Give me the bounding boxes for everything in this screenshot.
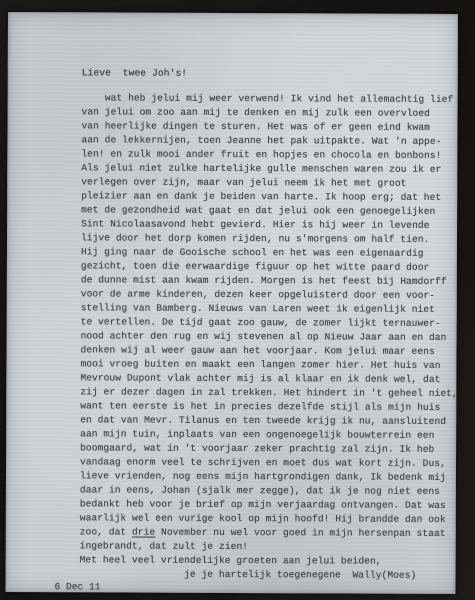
underlined-word: drie: [132, 527, 155, 538]
letter-body: wat heb jelui mij weer verwend! Ik vind …: [80, 91, 460, 583]
letter-line: je je hartelijk toegenegene Wally(Moes): [80, 567, 458, 583]
letter-paper: Lieve twee Joh's! wat heb jelui mij weer…: [5, 12, 458, 594]
letter-date: 6 Dec 11: [54, 580, 100, 594]
letter-salutation: Lieve twee Joh's!: [82, 66, 187, 80]
